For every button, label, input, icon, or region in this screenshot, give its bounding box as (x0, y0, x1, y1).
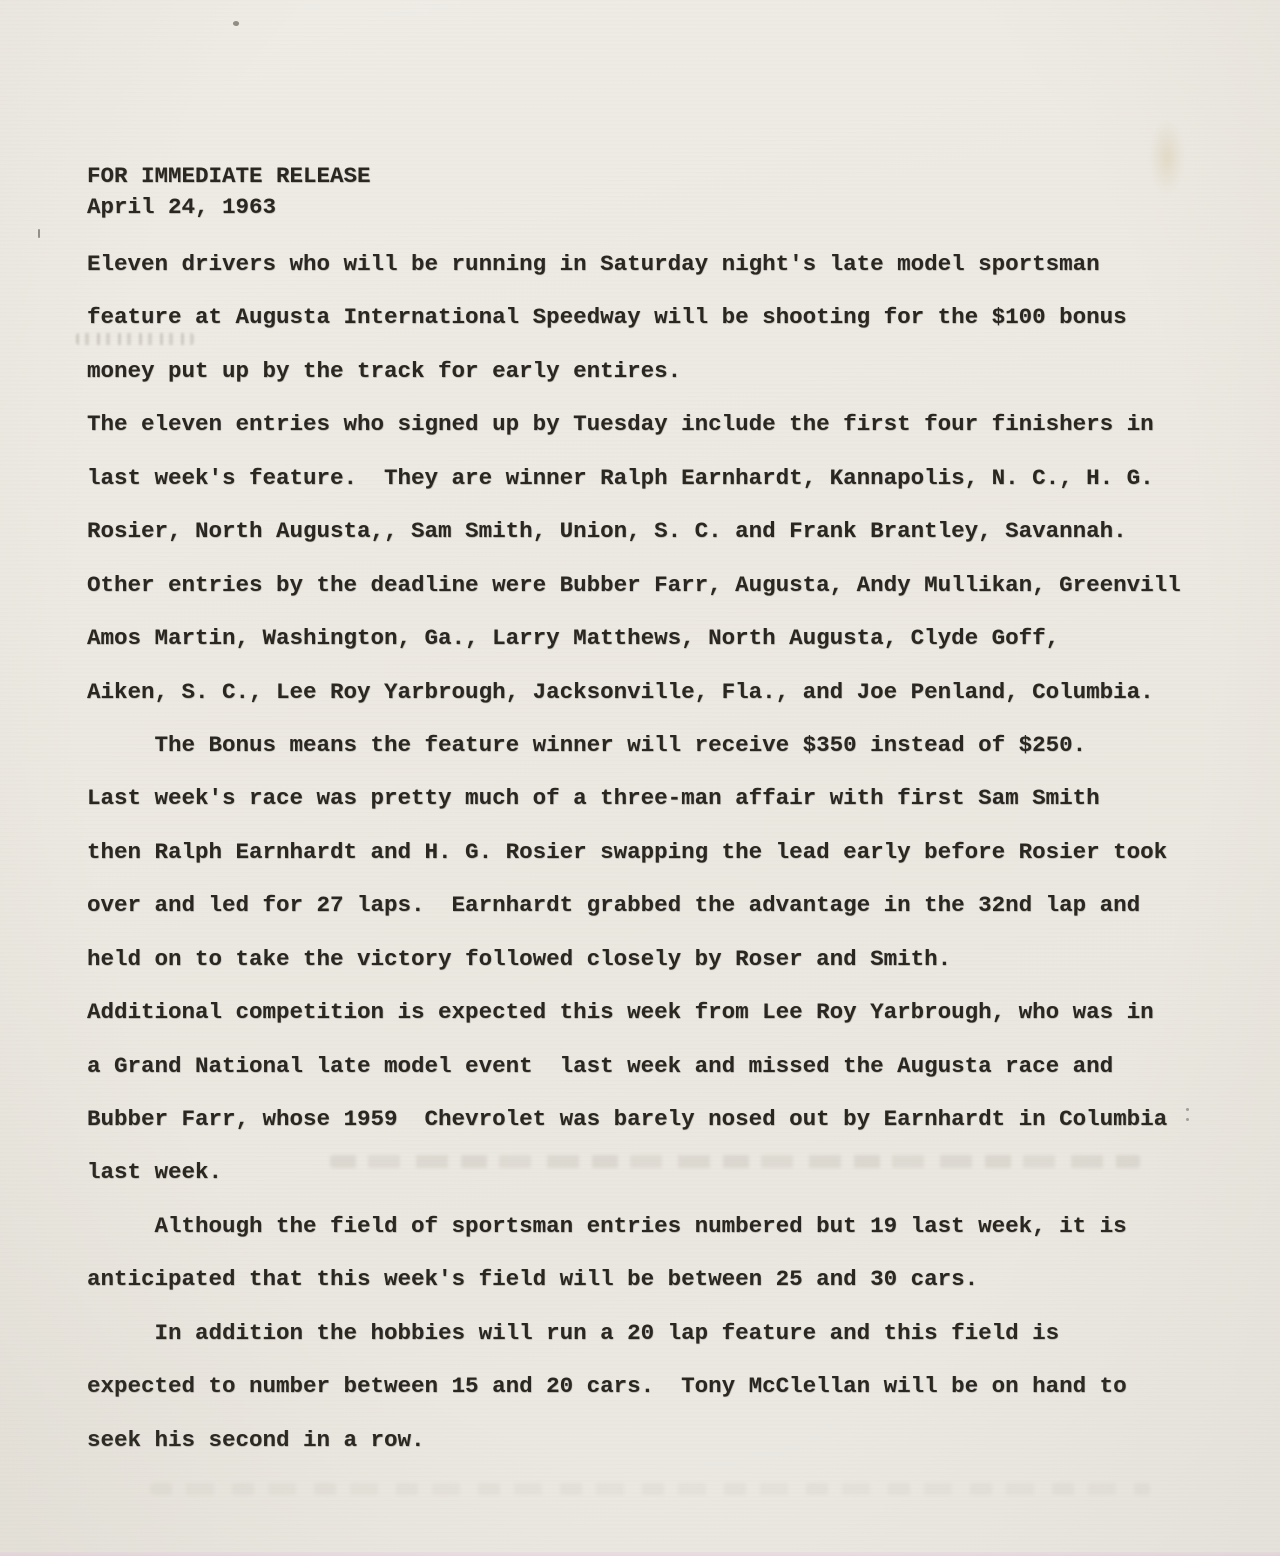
text-line: Eleven drivers who will be running in Sa… (87, 238, 1237, 291)
text-line: seek his second in a row. (87, 1414, 1237, 1467)
stray-tick-artifact (38, 229, 40, 238)
scan-edge-line (0, 1552, 1280, 1556)
document-header: FOR IMMEDIATE RELEASE April 24, 1963 (87, 161, 371, 222)
release-header-line: FOR IMMEDIATE RELEASE (87, 161, 371, 192)
text-line: Other entries by the deadline were Bubbe… (87, 559, 1237, 612)
text-line: a Grand National late model event last w… (87, 1040, 1237, 1093)
text-line: Last week's race was pretty much of a th… (87, 772, 1237, 825)
text-line: money put up by the track for early enti… (87, 345, 1237, 398)
ink-speck-artifact (232, 20, 239, 27)
text-line: held on to take the victory followed clo… (87, 933, 1237, 986)
ghost-text-artifact (150, 1483, 1150, 1495)
text-line: anticipated that this week's field will … (87, 1253, 1237, 1306)
text-line: The eleven entries who signed up by Tues… (87, 398, 1237, 451)
text-line: then Ralph Earnhardt and H. G. Rosier sw… (87, 826, 1237, 879)
text-line: feature at Augusta International Speedwa… (87, 291, 1237, 344)
text-line: The Bonus means the feature winner will … (87, 719, 1237, 772)
text-line: expected to number between 15 and 20 car… (87, 1360, 1237, 1413)
date-line: April 24, 1963 (87, 192, 371, 223)
text-line: last week. (87, 1146, 1237, 1199)
text-line: Bubber Farr, whose 1959 Chevrolet was ba… (87, 1093, 1237, 1146)
scanned-document-page: FOR IMMEDIATE RELEASE April 24, 1963 Ele… (0, 0, 1280, 1556)
text-line: last week's feature. They are winner Ral… (87, 452, 1237, 505)
text-line: In addition the hobbies will run a 20 la… (87, 1307, 1237, 1360)
text-line: Additional competition is expected this … (87, 986, 1237, 1039)
text-line: Rosier, North Augusta,, Sam Smith, Union… (87, 505, 1237, 558)
text-line: Although the field of sportsman entries … (87, 1200, 1237, 1253)
text-line: Amos Martin, Washington, Ga., Larry Matt… (87, 612, 1237, 665)
text-line: over and led for 27 laps. Earnhardt grab… (87, 879, 1237, 932)
document-body: Eleven drivers who will be running in Sa… (87, 238, 1237, 1467)
paper-stain-artifact (1150, 120, 1184, 194)
text-line: Aiken, S. C., Lee Roy Yarbrough, Jackson… (87, 666, 1237, 719)
